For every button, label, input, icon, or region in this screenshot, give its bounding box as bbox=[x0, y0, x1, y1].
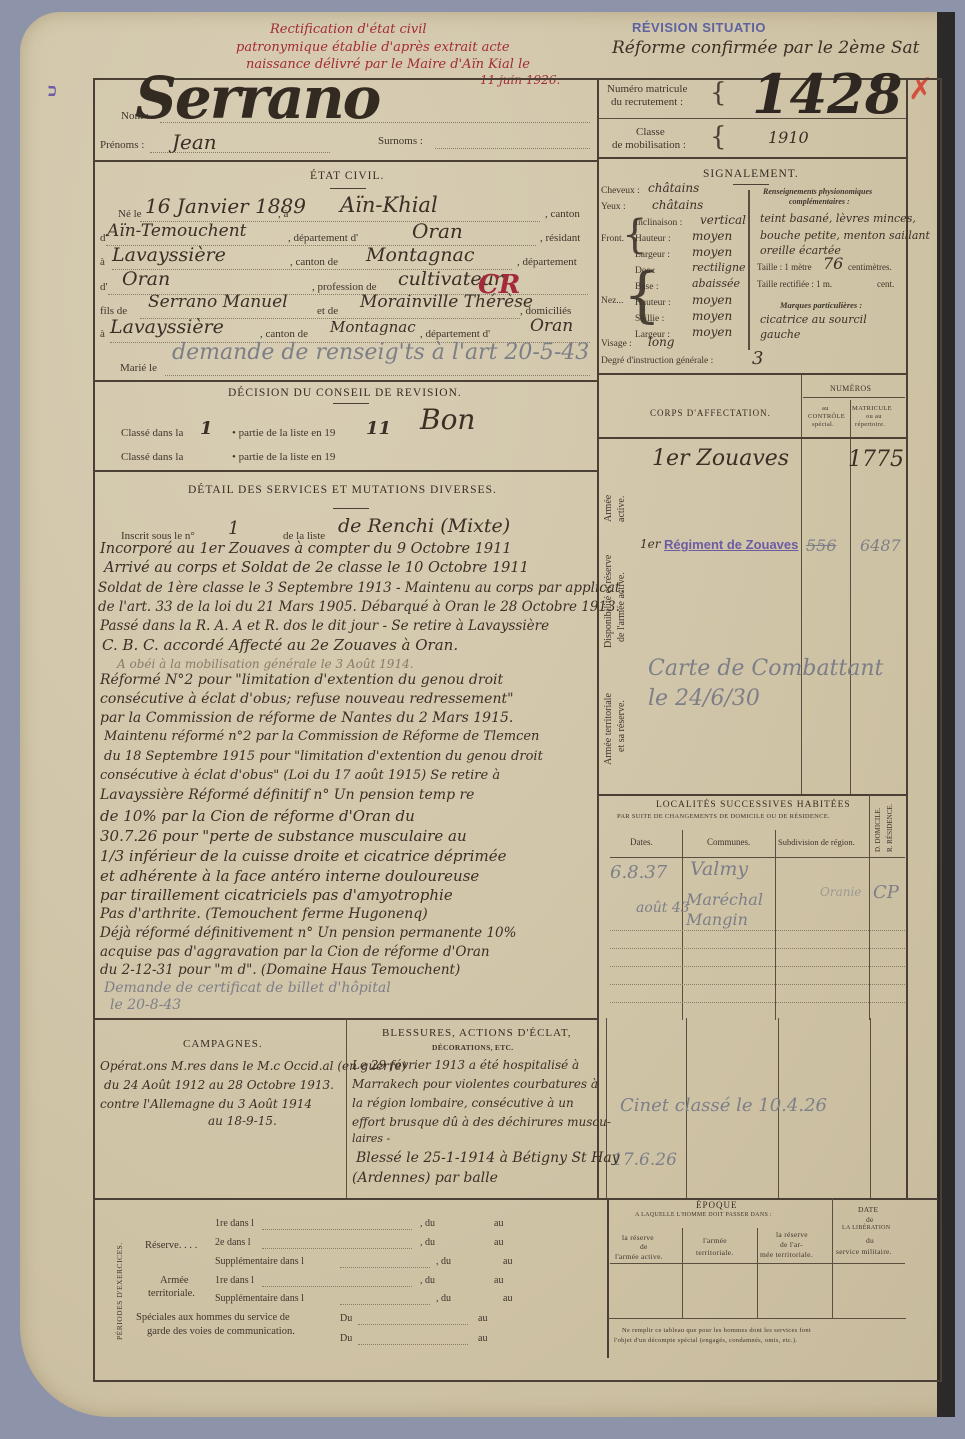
periode-row-label: Supplémentaire dans l bbox=[215, 1293, 304, 1304]
date-liberation-4: du bbox=[866, 1236, 874, 1245]
taille-value: 76 bbox=[823, 254, 843, 273]
armee-active-matricule: 1775 bbox=[848, 447, 904, 472]
service-line: Maintenu réformé n°2 par la Commission d… bbox=[104, 729, 539, 744]
periode-row-au: au bbox=[494, 1218, 503, 1229]
disponibilite-corps-stamp: Régiment de Zouaves bbox=[664, 537, 798, 552]
numeros-title: NUMÉROS bbox=[830, 384, 871, 393]
departement-value: Oran bbox=[412, 219, 463, 243]
red-annotation-line-2: patronymique établie d'après extrait act… bbox=[236, 40, 510, 55]
service-line: Incorporé au 1er Zouaves à compter du 9 … bbox=[100, 541, 512, 557]
periode-row-label: Supplémentaire dans l bbox=[215, 1256, 304, 1267]
campagnes-title: CAMPAGNES. bbox=[183, 1038, 263, 1050]
nez-saillie-label: Saillie : bbox=[635, 314, 664, 324]
blessure-line: (Ardennes) par balle bbox=[352, 1170, 498, 1186]
liste-value: de Renchi (Mixte) bbox=[338, 515, 510, 537]
classe-row1-partie: 1 bbox=[200, 418, 213, 439]
col-matricule-1: MATRICULE bbox=[852, 405, 892, 412]
disponibilite-corps-prefix: 1er bbox=[640, 537, 660, 551]
localites-title: LOCALITÉS SUCCESSIVES HABITÉES bbox=[656, 800, 851, 810]
speciales-label-2: garde des voies de communication. bbox=[147, 1326, 295, 1337]
conseil-decision-value: Bon bbox=[420, 403, 475, 436]
ne-le-label: Né le bbox=[118, 208, 142, 220]
classe-row2-label-a: Classé dans la bbox=[121, 451, 183, 463]
purple-mark: כ bbox=[48, 80, 57, 101]
date-liberation-2: de bbox=[866, 1215, 874, 1224]
domicile-prefix: à bbox=[100, 328, 105, 340]
nez-base-value: abaissée bbox=[692, 277, 740, 290]
periode-row-du: , du bbox=[420, 1218, 435, 1229]
disponibilite-controle: 556 bbox=[806, 536, 837, 555]
top-right-annotation: Réforme confirmée par le 2ème Sat bbox=[612, 38, 919, 58]
date-liberation-3: LA LIBÉRATION bbox=[842, 1225, 890, 1231]
blessure-line: la région lombaire, consécutive à un bbox=[352, 1096, 574, 1110]
col-residence: R. RÉSIDENCE. bbox=[886, 804, 894, 852]
col-subdivision: Subdivision de région. bbox=[778, 837, 855, 847]
front-inclinaison-label: Inclinaison : bbox=[635, 218, 682, 228]
periode-row-du: , du bbox=[436, 1256, 451, 1267]
blessure-line: Marrakech pour violentes courbatures à bbox=[352, 1077, 598, 1091]
territoriale-corps-date: le 24/6/30 bbox=[648, 686, 760, 711]
front-largeur-value: moyen bbox=[692, 245, 732, 259]
blessure-line: laires - bbox=[352, 1132, 390, 1145]
departement2-prefix: d' bbox=[100, 281, 107, 293]
date-liberation-5: service militaire. bbox=[836, 1247, 892, 1256]
nez-dos-value: rectiligne bbox=[692, 261, 746, 274]
front-label: Front. bbox=[601, 234, 624, 244]
service-line: 1/3 inférieur de la cuisse droite et cic… bbox=[100, 847, 506, 865]
prenoms-label: Prénoms : bbox=[100, 139, 144, 151]
nez-hauteur-value: moyen bbox=[692, 293, 732, 307]
col-controle-1: au bbox=[822, 405, 829, 412]
residant-prefix: à bbox=[100, 256, 105, 268]
conseil-revision-title: DÉCISION DU CONSEIL DE REVISION. bbox=[228, 387, 462, 399]
territoriale-label-2: territoriale. bbox=[148, 1288, 195, 1299]
territoriale-label-1: Armée bbox=[160, 1275, 189, 1286]
revision-stamp: RÉVISION SITUATIO bbox=[632, 20, 766, 35]
service-line: du 18 Septembre 1915 pour "limitation d'… bbox=[104, 749, 543, 764]
front-hauteur-label: Hauteur : bbox=[635, 234, 671, 244]
surnoms-label: Surnoms : bbox=[378, 135, 423, 147]
taille-rectifiee-label: Taille rectifiée : 1 m. bbox=[757, 279, 832, 289]
instruction-value: 3 bbox=[752, 348, 763, 369]
canton-label: , canton bbox=[545, 208, 580, 220]
localite-row-commune: Valmy bbox=[690, 858, 748, 880]
service-line: Passé dans la R. A. A et R. dos le dit j… bbox=[100, 618, 549, 634]
departement2-label: , département bbox=[517, 256, 577, 268]
periode-row-label: 2e dans l bbox=[215, 1237, 251, 1248]
classe-row1-annee: 11 bbox=[366, 418, 391, 439]
epoque-col1-2: de bbox=[640, 1242, 648, 1251]
instruction-label: Degré d'instruction générale : bbox=[601, 356, 713, 366]
campagne-line: contre l'Allemagne du 3 Août 1914 bbox=[100, 1097, 312, 1111]
lieu-naissance-value: Aïn-Khial bbox=[340, 193, 438, 217]
epoque-col2-1: l'armée bbox=[703, 1236, 727, 1245]
section-territoriale-label-2: et sa réserve. bbox=[616, 700, 627, 752]
classe-label-2: de mobilisation : bbox=[612, 139, 686, 151]
cheveux-label: Cheveux : bbox=[601, 186, 640, 196]
epoque-col1-3: l'armée active. bbox=[615, 1252, 663, 1261]
col-communes: Communes. bbox=[707, 837, 750, 847]
blessures-subtitle: DÉCORATIONS, ETC. bbox=[432, 1043, 513, 1052]
epoque-col3-1: la réserve bbox=[776, 1230, 808, 1239]
numero-matricule-label-2: du recrutement : bbox=[611, 96, 683, 108]
periode-row-au: au bbox=[503, 1256, 512, 1267]
service-line: consécutive à éclat d'obus" (Loi du 17 a… bbox=[100, 768, 500, 783]
blessures-title: BLESSURES, ACTIONS D'ÉCLAT, bbox=[382, 1027, 572, 1039]
service-line: Demande de certificat de billet d'hôpita… bbox=[104, 980, 391, 996]
canton2-value: Montagnac bbox=[366, 244, 474, 266]
col-controle-3: spécial. bbox=[812, 421, 834, 428]
periode-row-label: Du bbox=[340, 1333, 352, 1344]
yeux-label: Yeux : bbox=[601, 202, 626, 212]
service-line: Déjà réformé définitivement n° Un pensio… bbox=[100, 925, 516, 941]
service-line: consécutive à éclat d'obus; refuse nouve… bbox=[100, 691, 514, 707]
inscrit-numero: 1 bbox=[228, 518, 239, 539]
periode-row-au: au bbox=[478, 1333, 487, 1344]
localite-row-commune: Maréchal Mangin bbox=[686, 890, 776, 930]
epoque-note-2: l'objet d'un décompte spécial (engagés, … bbox=[614, 1337, 797, 1344]
signalement-title: SIGNALEMENT. bbox=[703, 168, 799, 180]
campagne-line: au 18-9-15. bbox=[208, 1114, 277, 1128]
marie-label: Marié le bbox=[120, 362, 157, 374]
col-dates: Dates. bbox=[630, 837, 653, 847]
section-armee-active-label-2: active. bbox=[616, 496, 627, 522]
localite-row-date: août 43 bbox=[636, 900, 690, 916]
disponibilite-matricule: 6487 bbox=[860, 536, 901, 555]
red-annotation-line-1: Rectification d'état civil bbox=[270, 22, 427, 37]
nez-hauteur-label: Hauteur : bbox=[635, 298, 671, 308]
front-hauteur-value: moyen bbox=[692, 229, 732, 243]
service-line: de l'art. 33 de la loi du 21 Mars 1905. … bbox=[98, 599, 620, 615]
service-line: 30.7.26 pour "perte de substance muscula… bbox=[100, 827, 467, 845]
numero-matricule-label-1: Numéro matricule bbox=[607, 83, 687, 95]
marques-title: Marques particulières : bbox=[780, 300, 862, 310]
departement-label: , département d' bbox=[288, 232, 358, 244]
yeux-value: châtains bbox=[652, 198, 703, 212]
campagne-line: du 24 Août 1912 au 28 Octobre 1913. bbox=[104, 1078, 334, 1092]
nez-base-label: Base : bbox=[635, 282, 658, 292]
nez-dos-label: Dos : bbox=[635, 266, 655, 276]
taille-unit: centimètres. bbox=[848, 262, 892, 272]
pere-value: Serrano Manuel bbox=[148, 292, 288, 312]
service-line: Pas d'arthrite. (Temouchent ferme Hugone… bbox=[100, 906, 428, 922]
col-matricule-3: répertoire. bbox=[855, 421, 885, 428]
corps-affectation-title: CORPS D'AFFECTATION. bbox=[650, 408, 771, 418]
prenoms-value: Jean bbox=[172, 130, 217, 154]
nez-label: Nez... bbox=[601, 296, 623, 306]
marie-value: demande de renseig'ts à l'art 20-5-43 bbox=[172, 340, 589, 365]
canton-value: Aïn-Temouchent bbox=[107, 221, 247, 241]
nez-largeur-value: moyen bbox=[692, 325, 732, 339]
epoque-col2-2: territoriale. bbox=[696, 1248, 733, 1257]
visage-label: Visage : bbox=[601, 339, 632, 349]
localites-subtitle: PAR SUITE DE CHANGEMENTS DE DOMICILE OU … bbox=[617, 813, 830, 820]
marques-line-1: cicatrice au sourcil bbox=[760, 313, 867, 326]
red-cr-mark: CR bbox=[478, 270, 520, 300]
periode-row-du: , du bbox=[420, 1237, 435, 1248]
residant-label: , résidant bbox=[540, 232, 580, 244]
front-inclinaison-value: vertical bbox=[700, 213, 746, 227]
canton3-label: , canton de bbox=[260, 328, 308, 340]
localite-row-date: 6.8.37 bbox=[610, 862, 667, 883]
service-line: Lavayssière Réformé définitif n° Un pens… bbox=[100, 787, 474, 803]
blessure-line: effort brusque dû à des déchirures muscu… bbox=[352, 1115, 611, 1129]
domicile-value: Lavayssière bbox=[110, 316, 224, 338]
classe-row1-label-b: • partie de la liste en 19 bbox=[232, 427, 335, 439]
blessure-line: Le 29 février 1913 a été hospitalisé à bbox=[352, 1058, 579, 1072]
taille-rectifiee-unit: cent. bbox=[877, 279, 894, 289]
section-disponibilite-label-1: Disponibilité et réserve bbox=[603, 555, 614, 648]
periode-row-label: 1re dans l bbox=[215, 1218, 254, 1229]
numero-matricule-value: 1428 bbox=[752, 62, 902, 126]
departement3-label: , département d' bbox=[420, 328, 490, 340]
localite-row-subdivision: Oranie bbox=[820, 885, 861, 899]
service-line: Soldat de 1ère classe le 3 Septembre 191… bbox=[98, 580, 625, 596]
periode-row-au: au bbox=[478, 1313, 487, 1324]
services-title: DÉTAIL DES SERVICES ET MUTATIONS DIVERSE… bbox=[188, 484, 497, 496]
epoque-subtitle: A LAQUELLE L'HOMME DOIT PASSER DANS : bbox=[635, 1212, 772, 1218]
periode-row-au: au bbox=[503, 1293, 512, 1304]
periode-row-au: au bbox=[494, 1275, 503, 1286]
service-line: de 10% par la Cion de réforme d'Oran du bbox=[100, 807, 415, 825]
periode-row-du: , du bbox=[436, 1293, 451, 1304]
service-line: le 20-8-43 bbox=[110, 997, 181, 1013]
service-line: Réformé N°2 pour "limitation d'extention… bbox=[100, 672, 503, 688]
col-domicile: D. DOMICILE. bbox=[874, 807, 882, 852]
classe-row1-label-a: Classé dans la bbox=[121, 427, 183, 439]
classe-note: Cinet classé le 10.4.26 bbox=[620, 1095, 827, 1116]
service-line: par tiraillement cicatriciels pas d'amyo… bbox=[100, 886, 453, 904]
epoque-col3-2: de l'ar- bbox=[780, 1240, 803, 1249]
epoque-col3-3: mée territoriale. bbox=[760, 1250, 813, 1259]
service-line: A obéi à la mobilisation générale le 3 A… bbox=[117, 657, 414, 671]
service-line: C. B. C. accordé Affecté au 2e Zouaves à… bbox=[102, 636, 458, 654]
epoque-col1-1: la réserve bbox=[622, 1233, 654, 1242]
departement2-value: Oran bbox=[122, 268, 170, 290]
epoque-note-1: Ne remplir ce tableau que pour les homme… bbox=[622, 1327, 811, 1334]
service-line: acquise pas d'aggravation par la Cion de… bbox=[100, 944, 490, 960]
periodes-side-label: PÉRIODES D'EXERCICES. bbox=[115, 1242, 124, 1340]
etat-civil-title: ÉTAT CIVIL. bbox=[310, 170, 384, 182]
speciales-label-1: Spéciales aux hommes du service de bbox=[136, 1312, 290, 1323]
armee-active-corps: 1er Zouaves bbox=[652, 446, 789, 471]
section-disponibilite-label-2: de l'armée active. bbox=[616, 572, 627, 642]
residant-value: Lavayssière bbox=[112, 244, 226, 266]
cheveux-value: châtains bbox=[648, 181, 699, 195]
localite-row-dr: CP bbox=[873, 882, 899, 903]
section-armee-active-label-1: Armée bbox=[603, 495, 614, 522]
a-label: , à bbox=[278, 208, 288, 220]
renseignements-title-1: Renseignements physionomiques bbox=[763, 187, 872, 196]
col-controle-2: CONTRÔLE bbox=[808, 413, 845, 420]
renseignements-line-2: bouche petite, menton saillant bbox=[760, 229, 930, 242]
canton3-value: Montagnac bbox=[330, 318, 416, 336]
date-liberation-1: DATE bbox=[858, 1205, 878, 1214]
classe-label-1: Classe bbox=[636, 126, 665, 138]
periode-row-du: , du bbox=[420, 1275, 435, 1286]
service-line: du 2-12-31 pour "m d". (Domaine Haus Tem… bbox=[100, 962, 460, 978]
et-de-label: et de bbox=[317, 305, 338, 317]
classe-row2-label-b: • partie de la liste en 19 bbox=[232, 451, 335, 463]
departement3-value: Oran bbox=[530, 316, 573, 336]
epoque-title: ÉPOQUE bbox=[696, 1200, 738, 1210]
periode-row-label: 1re dans l bbox=[215, 1275, 254, 1286]
renseignements-line-1: teint basané, lèvres minces, bbox=[760, 212, 916, 225]
taille-label: Taille : 1 mètre bbox=[757, 262, 812, 272]
right-inner-border bbox=[906, 78, 908, 1198]
marques-line-2: gauche bbox=[760, 328, 800, 341]
column-divider bbox=[597, 78, 599, 1198]
visage-value: long bbox=[648, 335, 674, 349]
date-note: 17.6.26 bbox=[612, 1150, 677, 1170]
territoriale-corps: Carte de Combattant bbox=[648, 656, 883, 681]
blessure-line: Blessé le 25-1-1914 à Bétigny St Hay bbox=[356, 1150, 620, 1166]
periode-row-label: Du bbox=[340, 1313, 352, 1324]
nom-label: Nom : bbox=[121, 110, 149, 122]
periode-row-au: au bbox=[494, 1237, 503, 1248]
renseignements-title-2: complémentaires : bbox=[789, 197, 850, 206]
service-line: et adhérente à la face antéro interne do… bbox=[100, 867, 479, 885]
col-matricule-2: ou au bbox=[866, 413, 882, 420]
service-line: par la Commission de réforme de Nantes d… bbox=[100, 710, 513, 726]
service-line: Arrivé au corps et Soldat de 2e classe l… bbox=[104, 560, 529, 576]
nez-saillie-value: moyen bbox=[692, 309, 732, 323]
section-territoriale-label-1: Armée territoriale bbox=[603, 693, 614, 765]
classe-value: 1910 bbox=[768, 128, 809, 147]
canton2-label: , canton de bbox=[290, 256, 338, 268]
reserve-label: Réserve. . . . bbox=[145, 1240, 197, 1251]
front-largeur-label: Largeur : bbox=[635, 250, 670, 260]
